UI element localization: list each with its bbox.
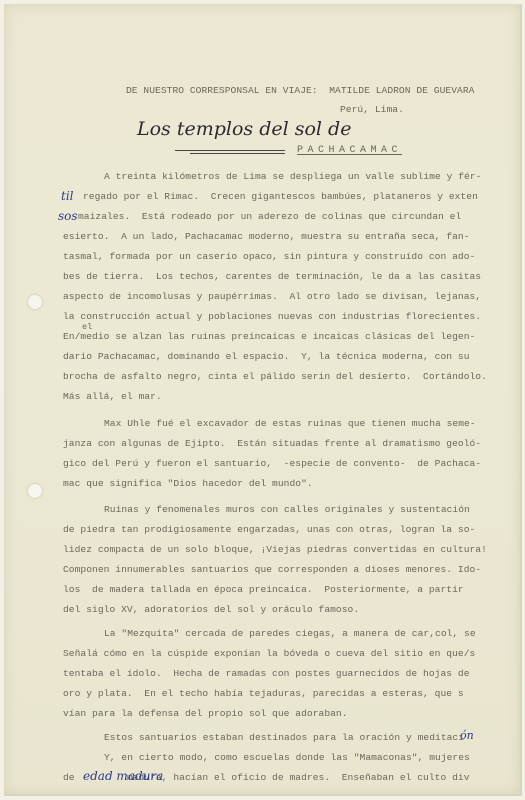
text-line: Ruinas y fenomenales muros con calles or… (104, 504, 470, 516)
text-line: los de madera tallada en época preincaic… (63, 584, 464, 596)
text-line: brocha de asfalto negro, cinta el pálido… (63, 371, 487, 383)
text-line: de piedra tan prodigiosamente engarzadas… (63, 524, 475, 536)
punch-hole-bottom (28, 484, 42, 498)
text-line: bes de tierra. Los techos, carentes de t… (63, 271, 481, 283)
text-line: maizales. Está rodeado por un aderezo de… (78, 211, 461, 223)
punch-hole-top (28, 295, 42, 309)
text-line: Max Uhle fué el excavador de estas ruina… (104, 418, 476, 430)
margin-note: ón (460, 729, 474, 742)
text-line: Y, en cierto modo, como escuelas donde l… (104, 752, 470, 764)
text-line: oro y plata. En el techo había tejaduras… (63, 688, 464, 700)
text-line: Estos santuarios estaban destinados para… (104, 732, 464, 744)
handwritten-insertion: edad madura (83, 769, 163, 783)
margin-note: til (61, 189, 74, 203)
text-line: La "Mezquita" cercada de paredes ciegas,… (104, 628, 476, 640)
typed-title: PACHACAMAC (297, 145, 402, 156)
text-line: del siglo XV, adoratorios del sol y orác… (63, 604, 359, 616)
strikethrough-mark (175, 150, 285, 151)
text-line: A treinta kilómetros de Lima se desplieg… (104, 171, 481, 183)
text-line: tentaba el ídolo. Hecha de ramadas con p… (63, 668, 470, 680)
text-line: tasmal, formada por un caserío opaco, si… (63, 251, 475, 263)
text-line: Señalá cómo en la cúspide exponían la bó… (63, 648, 475, 660)
handwritten-title: Los templos del sol de (137, 118, 351, 140)
text-line: En/medio se alzan las ruinas preincaicas… (63, 331, 475, 343)
text-line: Más allá, el mar. (63, 391, 162, 403)
text-line: lidez compacta de un solo bloque, ¡Vieja… (63, 544, 487, 556)
text-line: gico del Perú y fueron el santuario, -es… (63, 458, 481, 470)
margin-note: sos (58, 209, 78, 223)
text-line: aspecto de incomolusas y paupérrimas. Al… (63, 291, 481, 303)
dateline: Perú, Lima. (340, 104, 404, 116)
strikethrough-mark (190, 153, 285, 154)
text-line: vían para la defensa del propio sol que … (63, 708, 348, 720)
text-line: la construcción actual y poblaciones nue… (63, 311, 481, 323)
text-line: dario Pachacamac, dominando el espacio. … (63, 351, 470, 363)
byline: DE NUESTRO CORRESPONSAL EN VIAJE: MATILD… (126, 85, 474, 97)
text-line: janza con algunas de Ejipto. Están situa… (63, 438, 481, 450)
text-line: mac que significa "Dios hacedor del mund… (63, 478, 313, 490)
text-line: Componen innumerables santuarios que cor… (63, 564, 481, 576)
text-line: esierto. A un lado, Pachacamac moderno, … (63, 231, 470, 243)
text-line: regado por el Rimac. Crecen gigantescos … (83, 191, 478, 203)
